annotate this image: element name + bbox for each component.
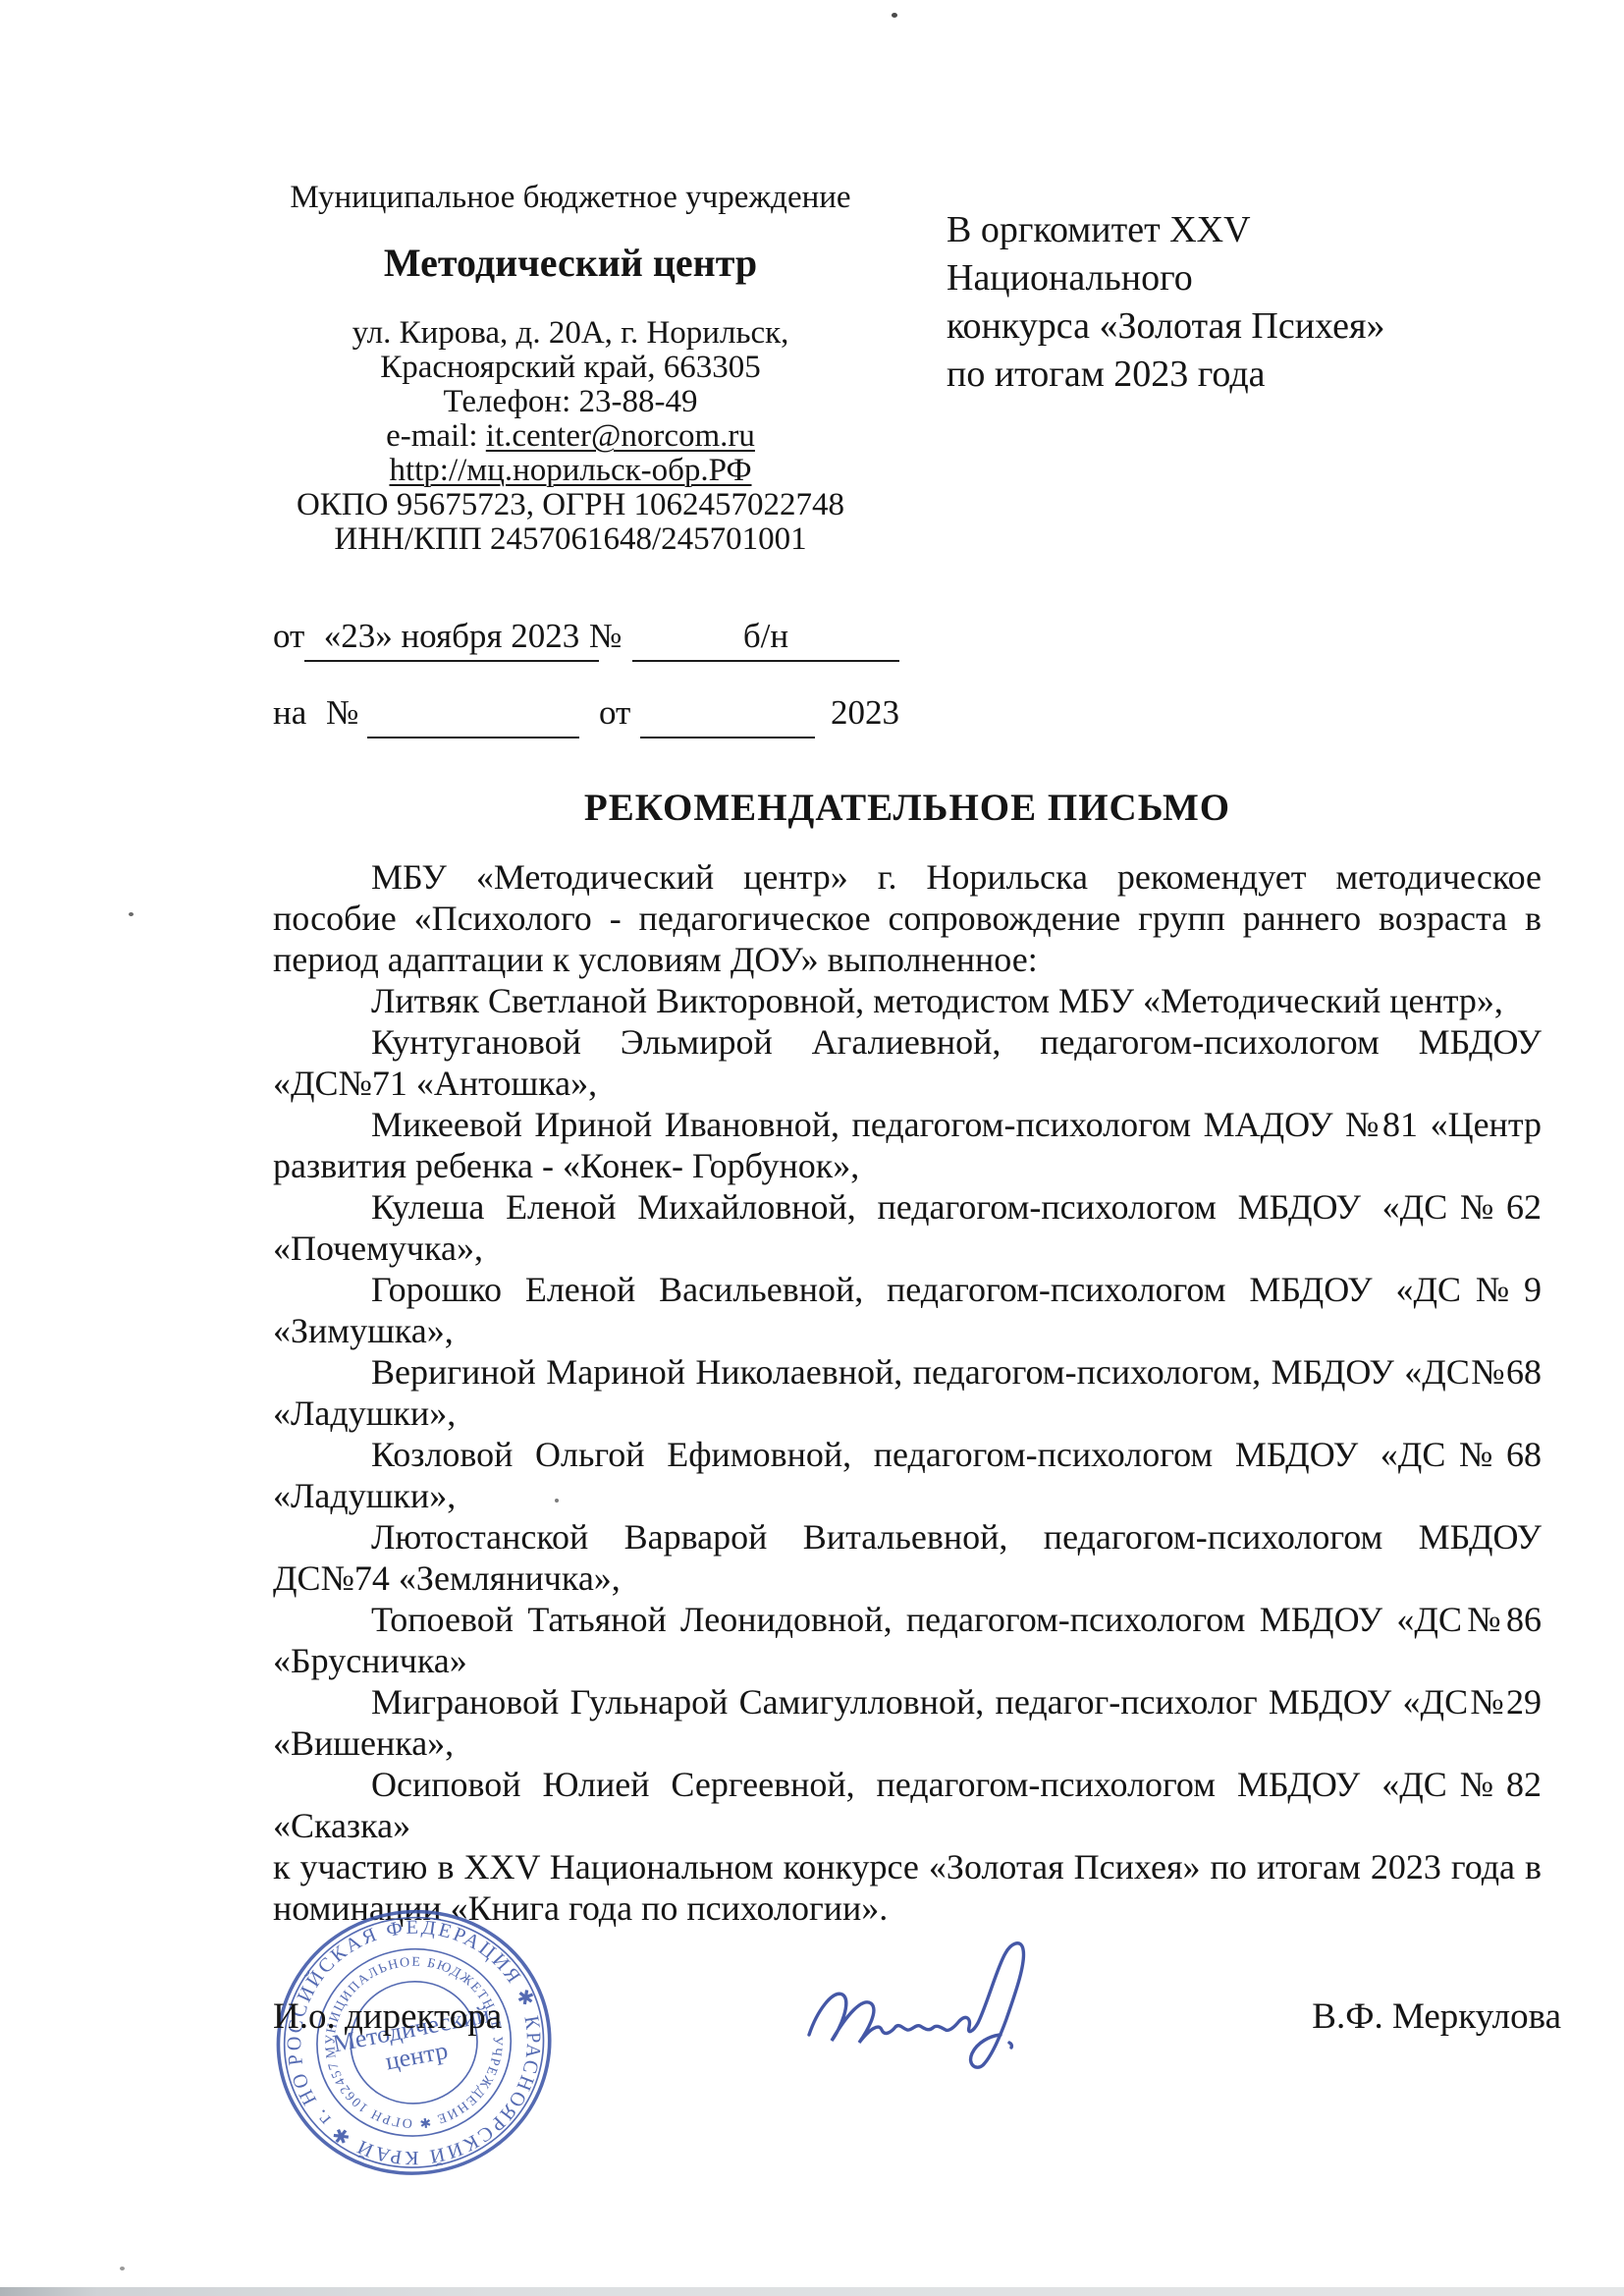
scan-bottom-edge — [0, 2287, 1624, 2296]
org-contacts: ул. Кирова, д. 20А, г. Норильск, Красноя… — [273, 316, 868, 557]
document-title: РЕКОМЕНДАТЕЛЬНОЕ ПИСЬМО — [273, 786, 1542, 830]
body-line: Литвяк Светланой Викторовной, методистом… — [273, 980, 1542, 1021]
body-line: Топоевой Татьяной Леонидовной, педагогом… — [273, 1599, 1542, 1640]
recipient-line-1: В оргкомитет XXV Национального — [947, 206, 1496, 302]
body-line: период адаптации к условиям ДОУ» выполне… — [273, 939, 1542, 980]
address-line-1: ул. Кирова, д. 20А, г. Норильск, — [273, 316, 868, 351]
letterhead: Муниципальное бюджетное учреждение Метод… — [273, 179, 868, 557]
okpo-ogrn-line: ОКПО 95675723, ОГРН 1062457022748 — [273, 488, 868, 522]
ref-blank-number-field — [367, 693, 579, 738]
body-line: «Почемучка», — [273, 1228, 1542, 1269]
body-line: МБУ «Методический центр» г. Норильска ре… — [273, 856, 1542, 898]
body-line: «ДС№71 «Антошка», — [273, 1063, 1542, 1104]
body-line: Кунтугановой Эльмирой Агалиевной, педаго… — [273, 1021, 1542, 1063]
ref-label-no: № — [589, 617, 622, 656]
scan-speck — [892, 13, 897, 18]
ref-label-ot-2: от — [599, 693, 630, 733]
body-line: «Ладушки», — [273, 1475, 1542, 1516]
ref-label-no-2: № — [326, 693, 358, 733]
body-line: Лютостанской Варварой Витальевной, педаг… — [273, 1516, 1542, 1558]
body-line: развития ребенка - «Конек- Горбунок», — [273, 1145, 1542, 1186]
scan-speck — [120, 2267, 125, 2270]
email-line: e-mail: it.center@norcom.ru — [273, 419, 868, 454]
body-line: пособие «Психолого - педагогическое сопр… — [273, 898, 1542, 939]
signatory-position: И.о. директора — [273, 1995, 502, 2038]
body-line: «Ладушки», — [273, 1393, 1542, 1434]
ref-year: 2023 — [831, 693, 899, 733]
ref-label-ot: от — [273, 617, 304, 656]
phone-line: Телефон: 23-88-49 — [273, 385, 868, 419]
body-line: ДС№74 «Земляничка», — [273, 1558, 1542, 1599]
recipient-block: В оргкомитет XXV Национального конкурса … — [947, 206, 1496, 399]
signatory-name: В.Ф. Меркулова — [1276, 1995, 1561, 2038]
official-round-stamp: РОССИЙСКАЯ ФЕДЕРАЦИЯ ✱ КРАСНОЯРСКИЙ КРАЙ… — [271, 1907, 556, 2183]
letter-body: МБУ «Методический центр» г. Норильска ре… — [273, 856, 1542, 1929]
email-link: it.center@norcom.ru — [486, 418, 755, 454]
handwritten-signature — [797, 1933, 1072, 2095]
inn-kpp-line: ИНН/КПП 2457061648/245701001 — [273, 522, 868, 557]
body-line: «Брусничка» — [273, 1640, 1542, 1681]
ref-label-na: на — [273, 693, 306, 733]
ref-blank-date-field — [640, 693, 815, 738]
ref-date-field: «23» ноября 2023 — [304, 617, 599, 662]
scan-speck — [129, 912, 134, 916]
body-line: к участию в XXV Национальном конкурсе «З… — [273, 1846, 1542, 1887]
body-line: «Вишенка», — [273, 1722, 1542, 1764]
scan-speck — [555, 1499, 559, 1503]
body-line: Осиповой Юлией Сергеевной, педагогом-пси… — [273, 1764, 1542, 1805]
scanned-letter-page: Муниципальное бюджетное учреждение Метод… — [0, 0, 1624, 2296]
body-line: Микеевой Ириной Ивановной, педагогом-пси… — [273, 1104, 1542, 1145]
body-line: «Зимушка», — [273, 1310, 1542, 1351]
ref-number-field: б/н — [632, 617, 899, 662]
recipient-line-2: конкурса «Золотая Психея» — [947, 302, 1496, 351]
email-label: e-mail: — [386, 418, 486, 454]
recipient-line-3: по итогам 2023 года — [947, 351, 1496, 399]
address-line-2: Красноярский край, 663305 — [273, 351, 868, 385]
org-type: Муниципальное бюджетное учреждение — [273, 179, 868, 216]
body-line: Миграновой Гульнарой Самигулловной, педа… — [273, 1681, 1542, 1722]
website-link: http://мц.норильск-обр.РФ — [273, 454, 868, 488]
body-line: Кулеша Еленой Михайловной, педагогом-пси… — [273, 1186, 1542, 1228]
org-name: Методический центр — [273, 242, 868, 285]
body-line: Горошко Еленой Васильевной, педагогом-пс… — [273, 1269, 1542, 1310]
body-line: Веригиной Мариной Николаевной, педагогом… — [273, 1351, 1542, 1393]
body-line: «Сказка» — [273, 1805, 1542, 1846]
body-line: Козловой Ольгой Ефимовной, педагогом-пси… — [273, 1434, 1542, 1475]
